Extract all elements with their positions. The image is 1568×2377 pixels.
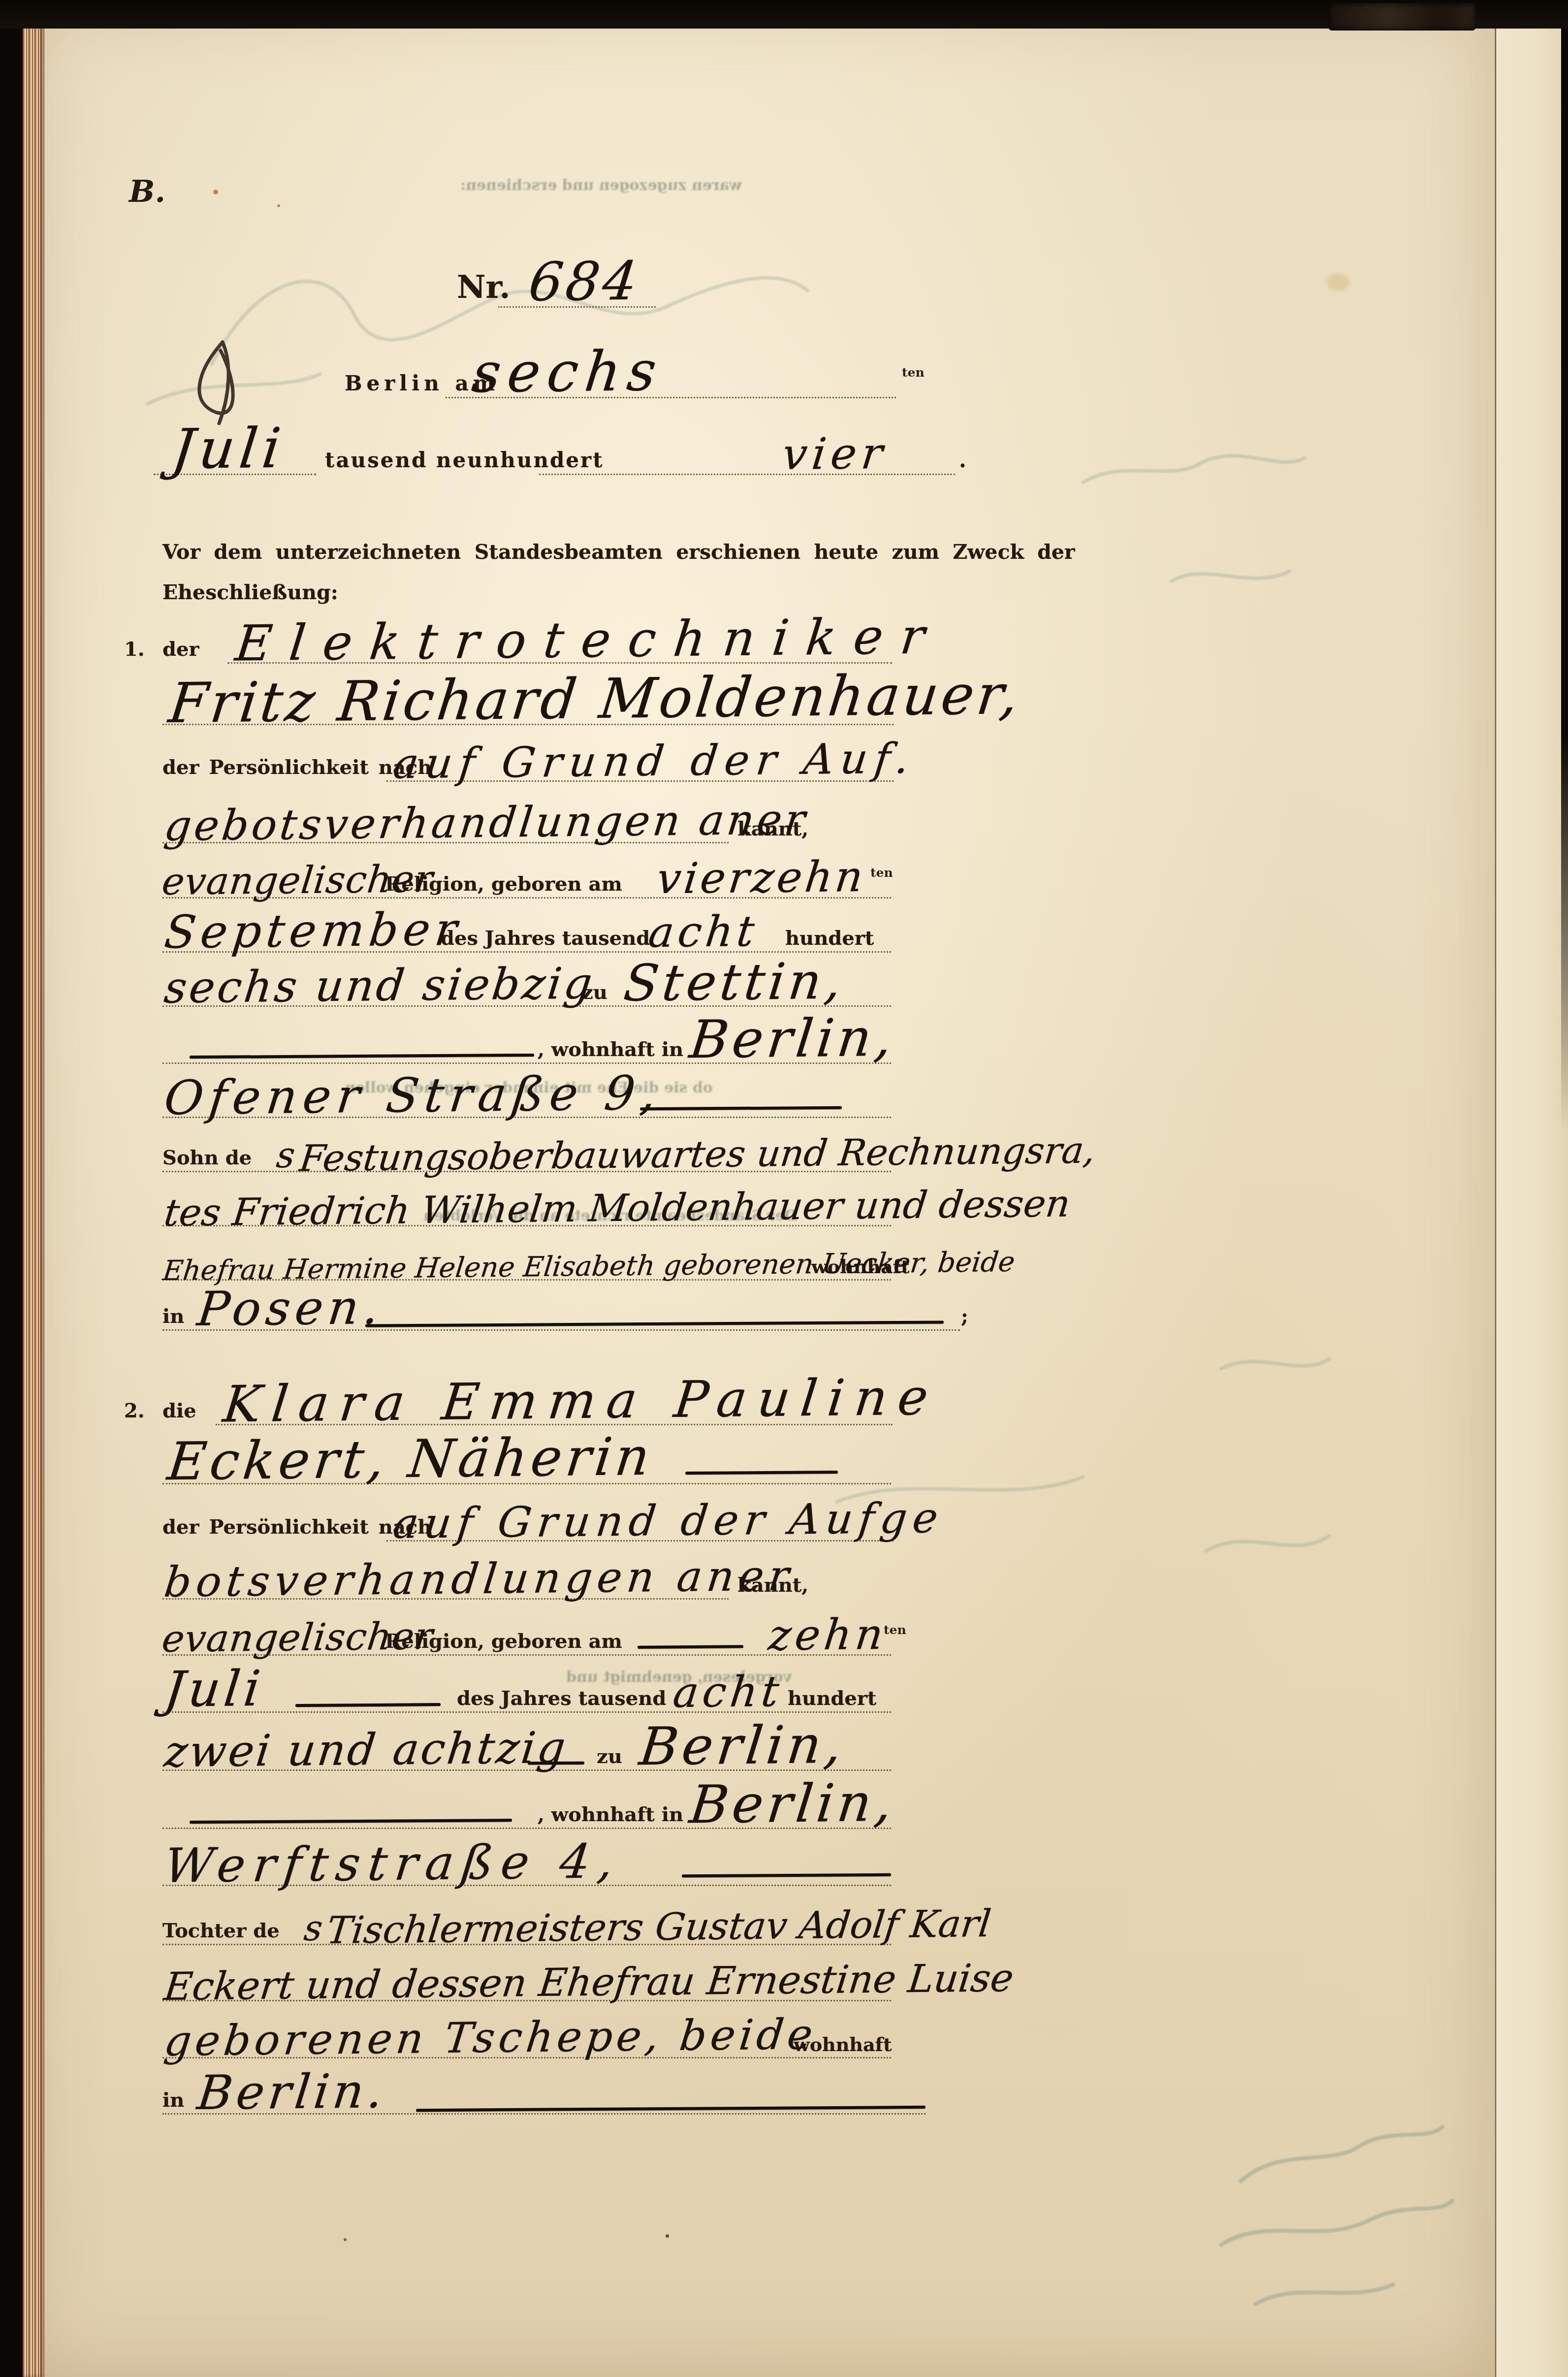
groom-name-handwritten-entry: Fritz Richard Moldenhauer,	[166, 667, 1024, 731]
bride-father-handwritten-entry: Tischlermeisters Gustav Adolf Karl	[325, 1905, 993, 1949]
bride-birth-month-handwritten-entry: acht	[671, 1670, 785, 1714]
bride-birth-year-place-handwritten-entry: zwei und achtzig	[162, 1726, 570, 1774]
groom-parents-residence-handwritten-entry: Posen.	[195, 1284, 386, 1333]
bride-religion-birthday-handwritten-entry: evangelischer	[160, 1617, 435, 1658]
bride-parents-residence-handwritten-entry: Berlin.	[195, 2067, 389, 2117]
groom-father-2-handwritten-entry: tes Friedrich Wilhelm Moldenhauer und de…	[162, 1185, 1072, 1231]
groom-birth-month-handwritten-entry: September	[162, 907, 464, 955]
groom-identity-2-handwritten-entry: gebotsverhandlungen aner	[162, 799, 810, 847]
bride-street-handwritten-entry: Werftstraße 4,	[162, 1837, 624, 1890]
date-line-1-handwritten-entry: sechs	[469, 344, 666, 401]
groom-religion-birthday-handwritten-entry: evangelischer	[160, 860, 435, 900]
groom-birth-year-place-handwritten-entry: Stettin,	[621, 957, 848, 1009]
bride-identity-2-handwritten-entry: botsverhandlungen aner	[162, 1555, 796, 1603]
spine-label	[1328, 3, 1476, 31]
bride-name-1-handwritten-entry: Klara Emma Pauline	[221, 1372, 941, 1430]
groom-birth-month-handwritten-entry: acht	[646, 910, 760, 954]
groom-residence-handwritten-entry: Berlin,	[687, 1012, 898, 1066]
date-line-2-handwritten-entry: Juli	[169, 421, 288, 477]
groom-religion-birthday-handwritten-entry: vierzehn	[655, 856, 868, 900]
groom-identity-1-handwritten-entry: auf Grund der Auf.	[391, 738, 918, 785]
nr-handwritten-entry: 684	[526, 255, 643, 309]
registry-scan: B. waren zugezogen und erschienen:ob sie…	[0, 0, 1568, 2377]
groom-birth-year-place-handwritten-entry: sechs und siebzig	[162, 962, 597, 1009]
date-line-2-handwritten-entry: vier	[780, 432, 890, 476]
groom-street-handwritten-entry: Ofener Straße 9,	[162, 1069, 665, 1122]
groom-occupation-handwritten-entry: Elektrotechniker	[233, 612, 945, 669]
bride-mother-2-handwritten-entry: geborenen Tschepe, beide	[162, 2014, 818, 2062]
bride-birth-year-place-handwritten-entry: Berlin,	[637, 1719, 848, 1773]
bride-identity-1-handwritten-entry: auf Grund der Aufge	[391, 1497, 946, 1545]
bride-name-2-handwritten-entry: Eckert, Näherin	[165, 1431, 656, 1488]
bride-residence-handwritten-entry: Berlin,	[687, 1777, 898, 1831]
bride-mother-handwritten-entry: Eckert und dessen Ehefrau Ernestine Luis…	[162, 1959, 1016, 2006]
groom-father-handwritten-entry: Festungsoberbauwartes und Rechnungsra,	[298, 1132, 1097, 1177]
bride-birth-month-handwritten-entry: Juli	[162, 1664, 266, 1714]
bride-religion-birthday-handwritten-entry: zehn	[767, 1613, 889, 1657]
